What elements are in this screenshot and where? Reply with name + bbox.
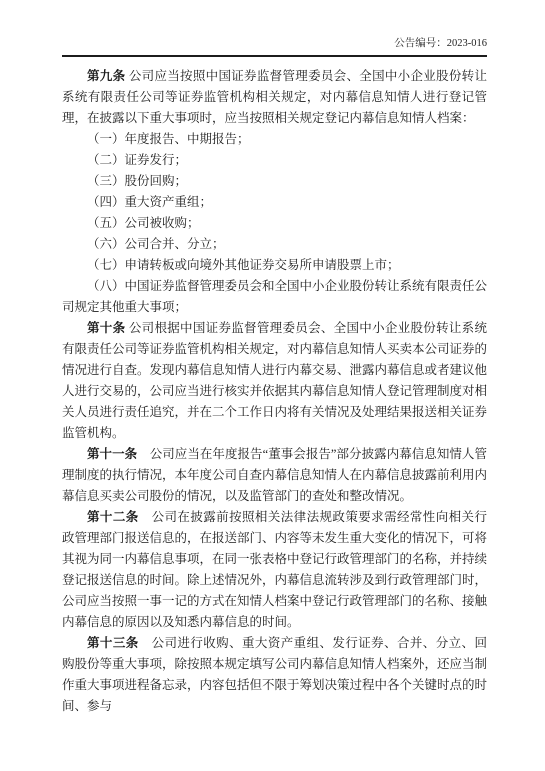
list-item-paragraph: （四）重大资产重组； bbox=[62, 192, 487, 213]
list-item-paragraph: （二）证券发行； bbox=[62, 150, 487, 171]
article-paragraph: 第九条 公司应当按照中国证券监督管理委员会、全国中小企业股份转让系统有限责任公司… bbox=[62, 66, 487, 129]
list-item-paragraph: （七）申请转板或向境外其他证券交易所申请股票上市； bbox=[62, 255, 487, 276]
article-number-label: 第十三条 bbox=[87, 636, 139, 650]
paragraph-text: （四）重大资产重组； bbox=[87, 195, 212, 209]
paragraph-text: 公司在披露前按照相关法律法规政策要求需经常性向相关行政管理部门报送信息的，在报送… bbox=[62, 510, 487, 629]
article-number-label: 第十二条 bbox=[87, 510, 139, 524]
article-number-label: 第九条 bbox=[87, 69, 125, 83]
paragraph-text: 公司根据中国证券监督管理委员会、全国中小企业股份转让系统有限责任公司等证券监管机… bbox=[62, 321, 487, 440]
header-divider bbox=[62, 55, 487, 57]
article-paragraph: 第十一条 公司应当在年度报告“董事会报告”部分披露内幕信息知情人管理制度的执行情… bbox=[62, 444, 487, 507]
article-number-label: 第十条 bbox=[87, 321, 125, 335]
paragraph-text: （五）公司被收购； bbox=[87, 216, 200, 230]
label-separator bbox=[139, 510, 152, 524]
list-item-paragraph: （八）中国证券监督管理委员会和全国中小企业股份转让系统有限责任公司规定其他重大事… bbox=[62, 276, 487, 318]
label-separator bbox=[137, 447, 150, 461]
list-item-paragraph: （五）公司被收购； bbox=[62, 213, 487, 234]
label-separator bbox=[139, 636, 152, 650]
paragraph-text: （七）申请转板或向境外其他证券交易所申请股票上市； bbox=[87, 258, 400, 272]
paragraph-text: （一）年度报告、中期报告； bbox=[87, 132, 250, 146]
article-paragraph: 第十条 公司根据中国证券监督管理委员会、全国中小企业股份转让系统有限责任公司等证… bbox=[62, 318, 487, 444]
paragraph-text: （三）股份回购； bbox=[87, 174, 187, 188]
paragraph-text: （二）证券发行； bbox=[87, 153, 187, 167]
article-paragraph: 第十三条 公司进行收购、重大资产重组、发行证券、合并、分立、回购股份等重大事项，… bbox=[62, 633, 487, 717]
list-item-paragraph: （一）年度报告、中期报告； bbox=[62, 129, 487, 150]
document-page: 公告编号：2023-016 第九条 公司应当按照中国证券监督管理委员会、全国中小… bbox=[0, 0, 545, 771]
paragraph-text: （六）公司合并、分立； bbox=[87, 237, 225, 251]
article-paragraph: 第十二条 公司在披露前按照相关法律法规政策要求需经常性向相关行政管理部门报送信息… bbox=[62, 507, 487, 633]
paragraph-text: （八）中国证券监督管理委员会和全国中小企业股份转让系统有限责任公司规定其他重大事… bbox=[62, 279, 487, 314]
announcement-number: 公告编号：2023-016 bbox=[62, 37, 487, 51]
list-item-paragraph: （六）公司合并、分立； bbox=[62, 234, 487, 255]
document-body: 第九条 公司应当按照中国证券监督管理委员会、全国中小企业股份转让系统有限责任公司… bbox=[62, 66, 487, 717]
list-item-paragraph: （三）股份回购； bbox=[62, 171, 487, 192]
article-number-label: 第十一条 bbox=[87, 447, 137, 461]
